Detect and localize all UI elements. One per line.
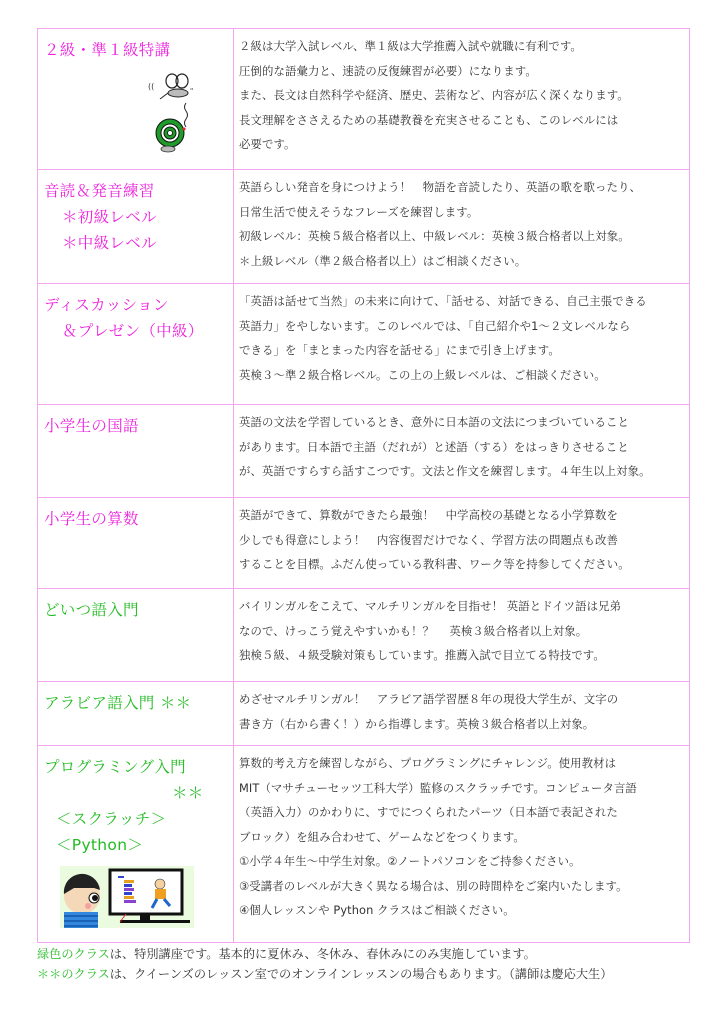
course-row-reading-pronunciation: 音読＆発音練習 ＊初級レベル ＊中級レベル 英語らしい発音を身につけよう！ 物語…	[38, 170, 690, 284]
description-line: ブロック）を組み合わせて、ゲームなどをつくります。	[239, 825, 689, 850]
description-line: 日常生活で使えそうなフレーズを練習します。	[239, 200, 689, 225]
course-title-cell: ２級・準１級特講 (( "	[38, 29, 234, 169]
course-title-cell: ディスカッション ＆プレゼン（中級）	[38, 284, 234, 404]
description-line: ③受講者のレベルが大きく異なる場合は、別の時間枠をご案内いたします。	[239, 874, 689, 899]
course-description-cell: 「英語は話せて当然」の未来に向けて、「話せる、対話できる、自己主張できる 英語力…	[234, 284, 690, 404]
svg-text:": "	[190, 87, 193, 95]
course-description-cell: 英語らしい発音を身につけよう！ 物語を音読したり、英語の歌を歌ったり、 日常生活…	[234, 170, 690, 283]
course-title-cell: アラビア語入門 ＊＊	[38, 682, 234, 745]
description-line: 英検３～準２級合格レベル。この上の上級レベルは、ご相談ください。	[239, 363, 689, 388]
description-line: することを目標。ふだん使っている教科書、ワーク等を持参してください。	[239, 552, 689, 577]
course-row-programming-intro: プログラミング入門 ＊＊ ＜スクラッチ＞ ＜Python＞	[38, 746, 690, 943]
footer-notes: 緑色のクラスは、特別講座です。基本的に夏休み、冬休み、春休みにのみ実施しています…	[37, 944, 612, 984]
footer-note-green-classes: 緑色のクラスは、特別講座です。基本的に夏休み、冬休み、春休みにのみ実施しています…	[37, 944, 612, 964]
course-row-grade2-pre1: ２級・準１級特講 (( " ２級は大学入試レベル、準１級は大学推薦入試や就職に有…	[38, 29, 690, 170]
course-row-german-intro: どいつ語入門 バイリンガルをこえて、マルチリンガルを目指せ！ 英語とドイツ語は兄…	[38, 589, 690, 682]
online-marker: ＊＊	[44, 780, 233, 806]
description-line: 長文理解をささえるための基礎教養を充実させることも、このレベルには	[239, 108, 689, 133]
course-description-cell: 算数的考え方を練習しながら、プログラミングにチャレンジ。使用教材は MIT（マサ…	[234, 746, 690, 942]
description-line: 英語らしい発音を身につけよう！ 物語を音読したり、英語の歌を歌ったり、	[239, 175, 689, 200]
course-row-elementary-math: 小学生の算数 英語ができて、算数ができたら最強！ 中学高校の基礎となる小学算数を…	[38, 498, 690, 589]
course-row-arabic-intro: アラビア語入門 ＊＊ めざせマルチリンガル！ アラビア語学習歴８年の現役大学生が…	[38, 682, 690, 746]
course-description-cell: めざせマルチリンガル！ アラビア語学習歴８年の現役大学生が、文字の 書き方（右か…	[234, 682, 690, 745]
course-subtitle: ＊初級レベル	[44, 204, 233, 230]
course-description-cell: 英語ができて、算数ができたら最強！ 中学高校の基礎となる小学算数を 少しでも得意…	[234, 498, 690, 588]
course-subtitle: ＆プレゼン（中級）	[44, 318, 233, 344]
description-line: 独検５級、４級受験対策もしています。推薦入試で目立てる特技です。	[239, 643, 689, 668]
description-line: バイリンガルをこえて、マルチリンガルを目指せ！ 英語とドイツ語は兄弟	[239, 594, 689, 619]
footer-highlight: 緑色のクラス	[37, 947, 110, 961]
course-description-cell: 英語の文法を学習しているとき、意外に日本語の文法につまづいていること があります…	[234, 405, 690, 497]
svg-text:((: ((	[148, 82, 154, 91]
description-line: 英語ができて、算数ができたら最強！ 中学高校の基礎となる小学算数を	[239, 503, 689, 528]
description-line: 圧倒的な語彙力と、速読の反復練習が必要）になります。	[239, 59, 689, 84]
description-line: （英語入力）のかわりに、すでにつくられたパーツ（日本語で表記された	[239, 800, 689, 825]
description-line: 「英語は話せて当然」の未来に向けて、「話せる、対話できる、自己主張できる	[239, 289, 689, 314]
description-line: ④個人レッスンや Python クラスはご相談ください。	[239, 898, 689, 923]
course-title-cell: どいつ語入門	[38, 589, 234, 681]
description-line: めざせマルチリンガル！ アラビア語学習歴８年の現役大学生が、文字の	[239, 687, 689, 712]
description-line: 英語の文法を学習しているとき、意外に日本語の文法につまづいていること	[239, 410, 689, 435]
course-title: ディスカッション	[44, 292, 233, 318]
description-line: ①小学４年生～中学生対象。②ノートパソコンをご持参ください。	[239, 849, 689, 874]
course-description-cell: ２級は大学入試レベル、準１級は大学推薦入試や就職に有利です。 圧倒的な語彙力と、…	[234, 29, 690, 169]
description-line: また、長文は自然科学や経済、歴史、芸術など、内容が広く深くなります。	[239, 83, 689, 108]
child-at-computer-illustration	[60, 866, 194, 928]
course-title: 小学生の国語	[44, 413, 233, 439]
course-title: 音読＆発音練習	[44, 178, 233, 204]
course-title: アラビア語入門 ＊＊	[44, 690, 233, 716]
course-description-cell: バイリンガルをこえて、マルチリンガルを目指せ！ 英語とドイツ語は兄弟 なので、け…	[234, 589, 690, 681]
description-line: MIT（マサチューセッツ工科大学）監修のスクラッチです。コンピュータ言語	[239, 776, 689, 801]
description-line: できる」を「まとまった内容を話せる」にまで引き上げます。	[239, 338, 689, 363]
description-line: 書き方（右から書く！）から指導します。英検３級合格者以上対象。	[239, 712, 689, 737]
course-title: どいつ語入門	[44, 597, 233, 623]
course-subtitle: ＜Python＞	[44, 832, 233, 858]
footer-text: は、クイーンズのレッスン室でのオンラインレッスンの場合もあります。（講師は慶応大…	[110, 967, 613, 981]
course-title-cell: 小学生の算数	[38, 498, 234, 588]
course-title: プログラミング入門	[44, 754, 233, 780]
course-subtitle: ＊中級レベル	[44, 230, 233, 256]
description-line: が、英語ですらすら話すこつです。文法と作文を練習します。４年生以上対象。	[239, 459, 689, 484]
description-line: 初級レベル：英検５級合格者以上、中級レベル：英検３級合格者以上対象。	[239, 224, 689, 249]
description-line: なので、けっこう覚えやすいかも！？ 英検３級合格者以上対象。	[239, 619, 689, 644]
footer-highlight: ＊＊のクラス	[37, 967, 110, 981]
course-title-cell: プログラミング入門 ＊＊ ＜スクラッチ＞ ＜Python＞	[38, 746, 234, 942]
description-line: 必要です。	[239, 132, 689, 157]
course-title: 小学生の算数	[44, 506, 233, 532]
course-title-cell: 小学生の国語	[38, 405, 234, 497]
course-title: ２級・準１級特講	[44, 37, 233, 63]
description-line: 算数的考え方を練習しながら、プログラミングにチャレンジ。使用教材は	[239, 751, 689, 776]
description-line: があります。日本語で主語（だれが）と述語（する）をはっきりさせること	[239, 435, 689, 460]
course-row-discussion-presentation: ディスカッション ＆プレゼン（中級） 「英語は話せて当然」の未来に向けて、「話せ…	[38, 284, 690, 405]
course-row-elementary-japanese: 小学生の国語 英語の文法を学習しているとき、意外に日本語の文法につまづいているこ…	[38, 405, 690, 498]
description-line: 英語力」をやしないます。このレベルでは、「自己紹介や1～２文レベルなら	[239, 314, 689, 339]
description-line: ２級は大学入試レベル、準１級は大学推薦入試や就職に有利です。	[239, 34, 689, 59]
description-line: ＊上級レベル（準２級合格者以上）はご相談ください。	[239, 249, 689, 274]
footer-note-online-classes: ＊＊のクラスは、クイーンズのレッスン室でのオンラインレッスンの場合もあります。（…	[37, 964, 612, 984]
description-line: 少しでも得意にしよう！ 内容復習だけでなく、学習方法の問題点も改善	[239, 528, 689, 553]
course-table: ２級・準１級特講 (( " ２級は大学入試レベル、準１級は大学推薦入試や就職に有…	[37, 28, 690, 943]
course-subtitle: ＜スクラッチ＞	[44, 806, 233, 832]
footer-text: は、特別講座です。基本的に夏休み、冬休み、春休みにのみ実施しています。	[110, 947, 536, 961]
course-title-cell: 音読＆発音練習 ＊初級レベル ＊中級レベル	[38, 170, 234, 283]
mosquito-coil-illustration: (( "	[146, 73, 206, 153]
